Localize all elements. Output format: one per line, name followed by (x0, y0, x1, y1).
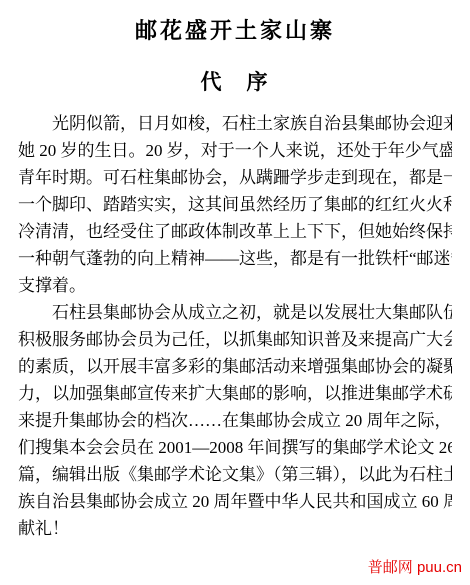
document-body: 光阴似箭，日月如梭，石柱土家族自治县集邮协会迎来了 她 20 岁的生日。20 岁… (18, 110, 452, 542)
paragraph1-line: 青年时期。可石柱集邮协会，从蹒跚学步走到现在，都是一步 (18, 164, 452, 191)
paragraph2-line: 积极服务邮协会员为己任，以抓集邮知识普及来提高广大会员 (18, 326, 452, 353)
paragraph1-line: 支撑着。 (18, 272, 452, 299)
paragraph2-line: 篇，编辑出版《集邮学术论文集》（第三辑），以此为石柱土家 (18, 461, 452, 488)
paragraph2-line: 来提升集邮协会的档次……在集邮协会成立 20 周年之际，我 (18, 407, 452, 434)
paragraph1-line: 光阴似箭，日月如梭，石柱土家族自治县集邮协会迎来了 (18, 110, 452, 137)
paragraph1-line: 一个脚印、踏踏实实，这其间虽然经历了集邮的红红火火和冷 (18, 191, 452, 218)
paragraph2-line: 族自治县集邮协会成立 20 周年暨中华人民共和国成立 60 周年 (18, 488, 452, 515)
page-title: 邮花盛开土家山寨 (18, 16, 452, 46)
watermark-site-label: 普邮网 puu.cn (368, 559, 462, 577)
document-page: 邮花盛开土家山寨 代 序 光阴似箭，日月如梭，石柱土家族自治县集邮协会迎来了 她… (0, 0, 470, 585)
paragraph2-line: 力，以加强集邮宣传来扩大集邮的影响，以推进集邮学术研究 (18, 380, 452, 407)
paragraph2-line: 石柱县集邮协会从成立之初，就是以发展壮大集邮队伍、 (18, 299, 452, 326)
paragraph1-line: 冷清清，也经受住了邮政体制改革上上下下，但她始终保持着 (18, 218, 452, 245)
paragraph2-line: 们搜集本会会员在 2001—2008 年间撰写的集邮学术论文 26 (18, 434, 452, 461)
paragraph2-line: 的素质，以开展丰富多彩的集邮活动来增强集邮协会的凝聚 (18, 353, 452, 380)
preface-heading: 代 序 (18, 68, 452, 96)
paragraph1-line: 一种朝气蓬勃的向上精神——这些，都是有一批铁杆“邮迷” (18, 245, 452, 272)
paragraph2-line: 献礼！ (18, 515, 452, 542)
paragraph1-line: 她 20 岁的生日。20 岁，对于一个人来说，还处于年少气盛的 (18, 137, 452, 164)
